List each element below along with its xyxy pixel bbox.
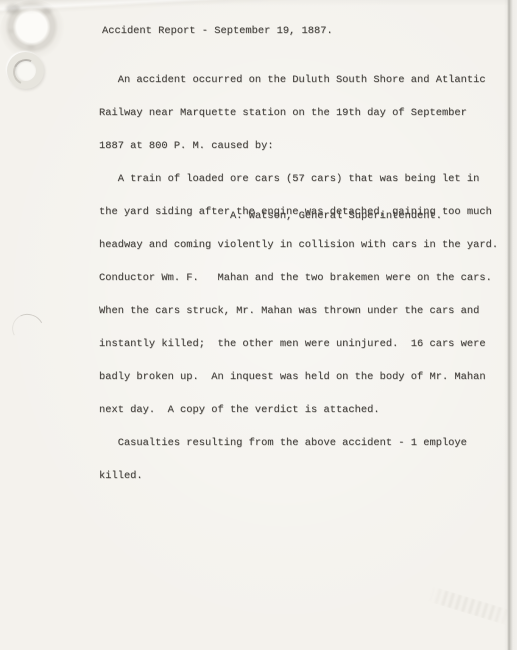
body-line: 1887 at 800 P. M. caused by: (99, 141, 498, 152)
body-line: A train of loaded ore cars (57 cars) tha… (99, 174, 498, 185)
body-line: headway and coming violently in collisio… (99, 240, 498, 251)
body-line: badly broken up. An inquest was held on … (99, 372, 498, 383)
body-line: Railway near Marquette station on the 19… (99, 108, 498, 119)
body-line: killed. (99, 471, 498, 482)
page-right-edge (504, 0, 517, 650)
page-top-crease (0, 0, 517, 18)
report-title: Accident Report - September 19, 1887. (102, 26, 333, 37)
signature-line: A. Watson, General Superintendent. (230, 211, 442, 222)
hole-punch-mark-middle (8, 310, 48, 348)
body-line: next day. A copy of the verdict is attac… (99, 405, 498, 416)
body-line: Conductor Wm. F. Mahan and the two brake… (99, 273, 498, 284)
body-line: When the cars struck, Mr. Mahan was thro… (99, 306, 498, 317)
paper-watermark (427, 586, 512, 626)
body-line: An accident occurred on the Duluth South… (99, 75, 498, 86)
hole-punch-mark-top (7, 52, 44, 89)
scanned-page: Accident Report - September 19, 1887. An… (0, 0, 517, 650)
report-body: An accident occurred on the Duluth South… (99, 53, 498, 504)
body-line: Casualties resulting from the above acci… (99, 438, 498, 449)
body-line: instantly killed; the other men were uni… (99, 339, 498, 350)
